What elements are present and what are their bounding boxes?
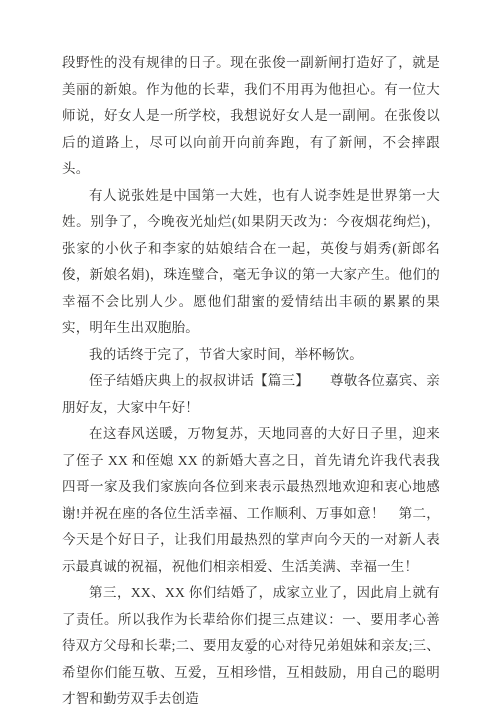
paragraph: 侄子结婚庆典上的叔叔讲话【篇三】 尊敬各位嘉宾、亲朋好友，大家中午好！ — [62, 368, 440, 421]
page-number: 3 — [0, 646, 500, 658]
paragraph: 段野性的没有规律的日子。现在张俊一副新闸打造好了，就是美丽的新娘。作为他的长辈，… — [62, 50, 440, 183]
paragraph: 第三，XX、XX 你们结婚了，成家立业了，因此肩上就有了责任。所以我作为长辈给你… — [62, 580, 440, 708]
document-page: 段野性的没有规律的日子。现在张俊一副新闸打造好了，就是美丽的新娘。作为他的长辈，… — [0, 0, 500, 708]
document-body: 段野性的没有规律的日子。现在张俊一副新闸打造好了，就是美丽的新娘。作为他的长辈，… — [62, 50, 440, 708]
paragraph: 有人说张姓是中国第一大姓，也有人说李姓是世界第一大姓。别争了，今晚夜光灿烂(如果… — [62, 183, 440, 342]
paragraph: 我的话终于完了，节省大家时间，举杯畅饮。 — [62, 342, 440, 369]
paragraph: 在这春风送暖，万物复苏，天地同喜的大好日子里，迎来了侄子 XX 和侄媳 XX 的… — [62, 421, 440, 580]
